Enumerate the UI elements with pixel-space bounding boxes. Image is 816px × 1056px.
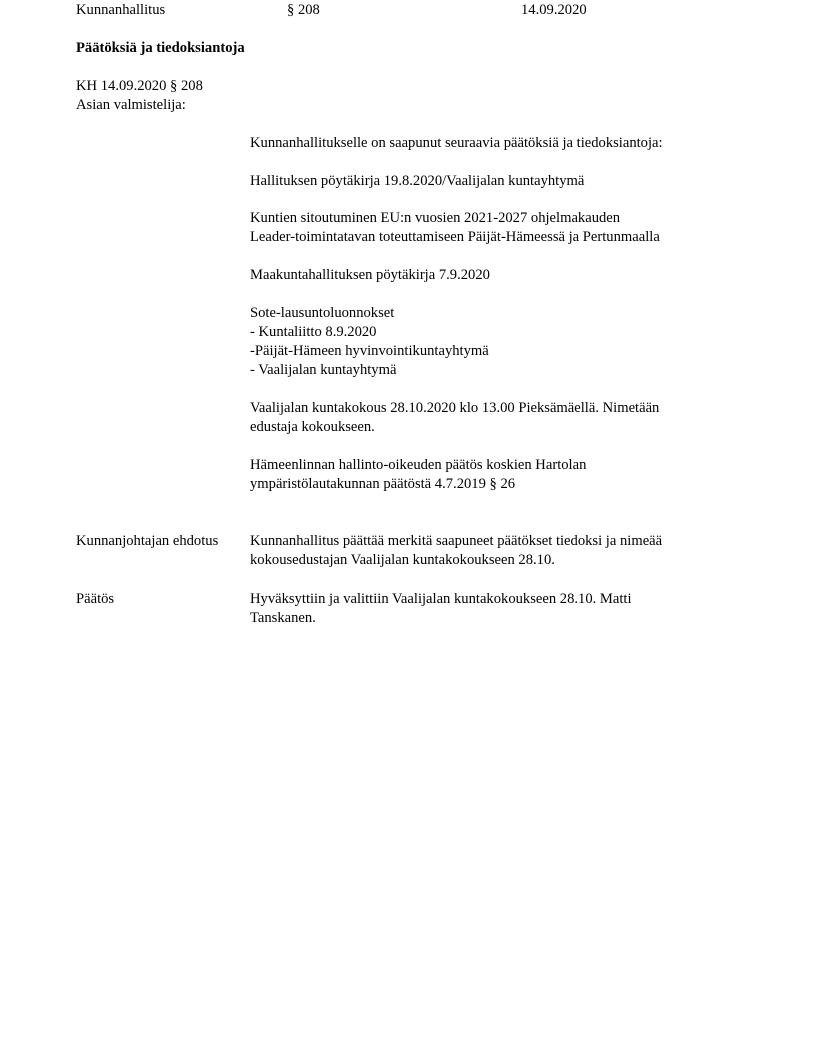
content-item-5-line2: edustaja kokoukseen. (250, 418, 730, 437)
content-item-5-line1: Vaalijalan kuntakokous 28.10.2020 klo 13… (250, 399, 730, 418)
decision-line1: Hyväksyttiin ja valittiin Vaalijalan kun… (250, 590, 730, 609)
proposal-line2: kokousedustajan Vaalijalan kuntakokoukse… (250, 551, 730, 570)
header-section: § 208 (287, 1, 320, 20)
proposal-label: Kunnanjohtajan ehdotus (76, 532, 218, 551)
page-title: Päätöksiä ja tiedoksiantoja (76, 39, 245, 58)
content-item-4-sub2: -Päijät-Hämeen hyvinvointikuntayhtymä (250, 342, 730, 361)
preparer-label: Asian valmistelija: (76, 96, 186, 115)
header-date: 14.09.2020 (521, 1, 587, 20)
content-item-1: Hallituksen pöytäkirja 19.8.2020/Vaalija… (250, 172, 730, 191)
reference: KH 14.09.2020 § 208 (76, 77, 203, 96)
content-item-4-sub3: - Vaalijalan kuntayhtymä (250, 361, 730, 380)
content-intro: Kunnanhallitukselle on saapunut seuraavi… (250, 134, 730, 153)
decision-line2: Tanskanen. (250, 609, 730, 628)
content-item-2-line2: Leader-toimintatavan toteuttamiseen Päij… (250, 228, 730, 247)
content-item-3: Maakuntahallituksen pöytäkirja 7.9.2020 (250, 266, 730, 285)
decision-label: Päätös (76, 590, 114, 609)
content-item-4-title: Sote-lausuntoluonnokset (250, 304, 730, 323)
content-item-2-line1: Kuntien sitoutuminen EU:n vuosien 2021-2… (250, 209, 730, 228)
content-item-6-line2: ympäristölautakunnan päätöstä 4.7.2019 §… (250, 475, 730, 494)
proposal-line1: Kunnanhallitus päättää merkitä saapuneet… (250, 532, 730, 551)
content-item-4-sub1: - Kuntaliitto 8.9.2020 (250, 323, 730, 342)
content-item-6-line1: Hämeenlinnan hallinto-oikeuden päätös ko… (250, 456, 730, 475)
header-body: Kunnanhallitus (76, 1, 165, 20)
